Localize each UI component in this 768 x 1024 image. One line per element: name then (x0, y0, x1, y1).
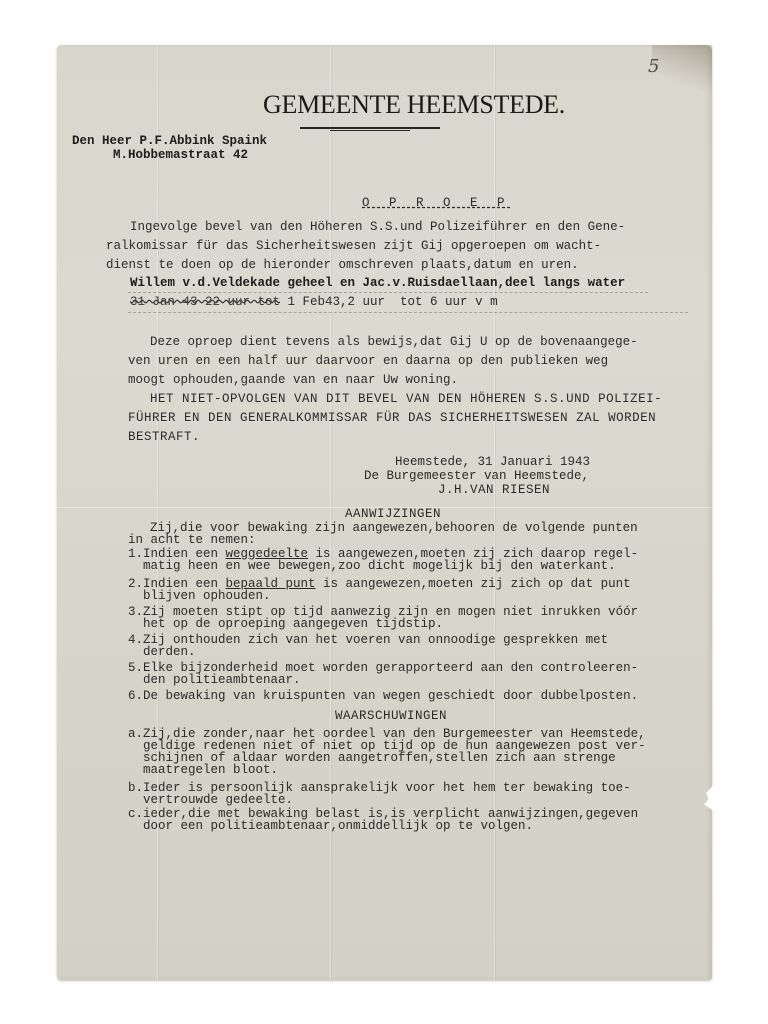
fill-in-line (128, 292, 648, 293)
time-text: 1 Feb43,2 uur tot 6 uur v m (280, 295, 498, 309)
instruction-continuation: matig heen en wee bewegen,zoo dicht moge… (143, 559, 616, 574)
warning-continuation: maatregelen bloot. (143, 763, 278, 778)
fill-in-line (128, 312, 688, 313)
warning-line: HET NIET-OPVOLGEN VAN DIT BEVEL VAN DEN … (150, 392, 662, 407)
intro-line: dienst te doen op de hieronder omschreve… (106, 258, 579, 273)
warning-line: FÜHRER EN DEN GENERALKOMMISSAR FÜR DAS S… (128, 411, 656, 426)
intro-line: ralkomissar für das Sicherheitswesen zij… (106, 239, 601, 254)
intro-line: Ingevolge bevel van den Höheren S.S.und … (130, 220, 625, 235)
item-number: 4. (128, 633, 143, 647)
fold-line (157, 45, 158, 980)
title-underline (300, 127, 440, 129)
instruction-continuation: den politieambtenaar. (143, 673, 301, 688)
warning-continuation: door een politieambtenaar,onmiddellijk o… (143, 819, 533, 834)
page-number: 5 (648, 56, 659, 77)
instruction-continuation: derden. (143, 645, 196, 660)
fold-line (494, 45, 495, 980)
item-number: 1. (128, 547, 143, 561)
proof-line: ven uren en een half uur daarvoor en daa… (128, 354, 608, 369)
time-line: 31 Jan 43 22 uur tot 1 Feb43,2 uur tot 6… (130, 295, 498, 310)
item-number: 3. (128, 605, 143, 619)
location-line: Willem v.d.Veldekade geheel en Jac.v.Rui… (130, 276, 625, 291)
item-number: 2. (128, 577, 143, 591)
document-heading: O P R O E P (362, 196, 511, 211)
mayor-office: De Burgemeester van Heemstede, (364, 469, 589, 484)
item-number: 6. (128, 689, 143, 703)
warnings-heading: WAARSCHUWINGEN (335, 709, 447, 724)
instruction-continuation: blijven ophouden. (143, 589, 271, 604)
instruction-continuation: het op de oproeping aangegeven tijdstip. (143, 617, 443, 632)
instruction-item: 6.De bewaking van kruispunten van wegen … (128, 689, 638, 704)
item-number: 5. (128, 661, 143, 675)
proof-line: Deze oproep dient tevens als bewijs,dat … (150, 335, 638, 350)
proof-line: moogt ophouden,gaande van en naar Uw won… (128, 373, 458, 388)
addressee-name: Den Heer P.F.Abbink Spaink (72, 134, 267, 149)
struck-text: 31 Jan 43 22 uur tot (130, 295, 280, 309)
warning-continuation: vertrouwde gedeelte. (143, 793, 293, 808)
title-underline-secondary (330, 130, 410, 131)
instructions-heading: AANWIJZINGEN (345, 507, 441, 522)
fold-line (330, 45, 331, 980)
paper-tear (704, 785, 714, 811)
addressee-address: M.Hobbemastraat 42 (113, 148, 248, 163)
instructions-intro-line: in acht te nemen: (128, 533, 256, 548)
mayor-name: J.H.VAN RIESEN (438, 483, 550, 498)
instruction-item: 4.Zij onthouden zich van het voeren van … (128, 633, 608, 648)
letterhead-title: GEMEENTE HEEMSTEDE. (0, 90, 768, 120)
worn-corner (652, 45, 712, 95)
place-date: Heemstede, 31 Januari 1943 (395, 455, 590, 470)
warning-line: BESTRAFT. (128, 430, 200, 445)
